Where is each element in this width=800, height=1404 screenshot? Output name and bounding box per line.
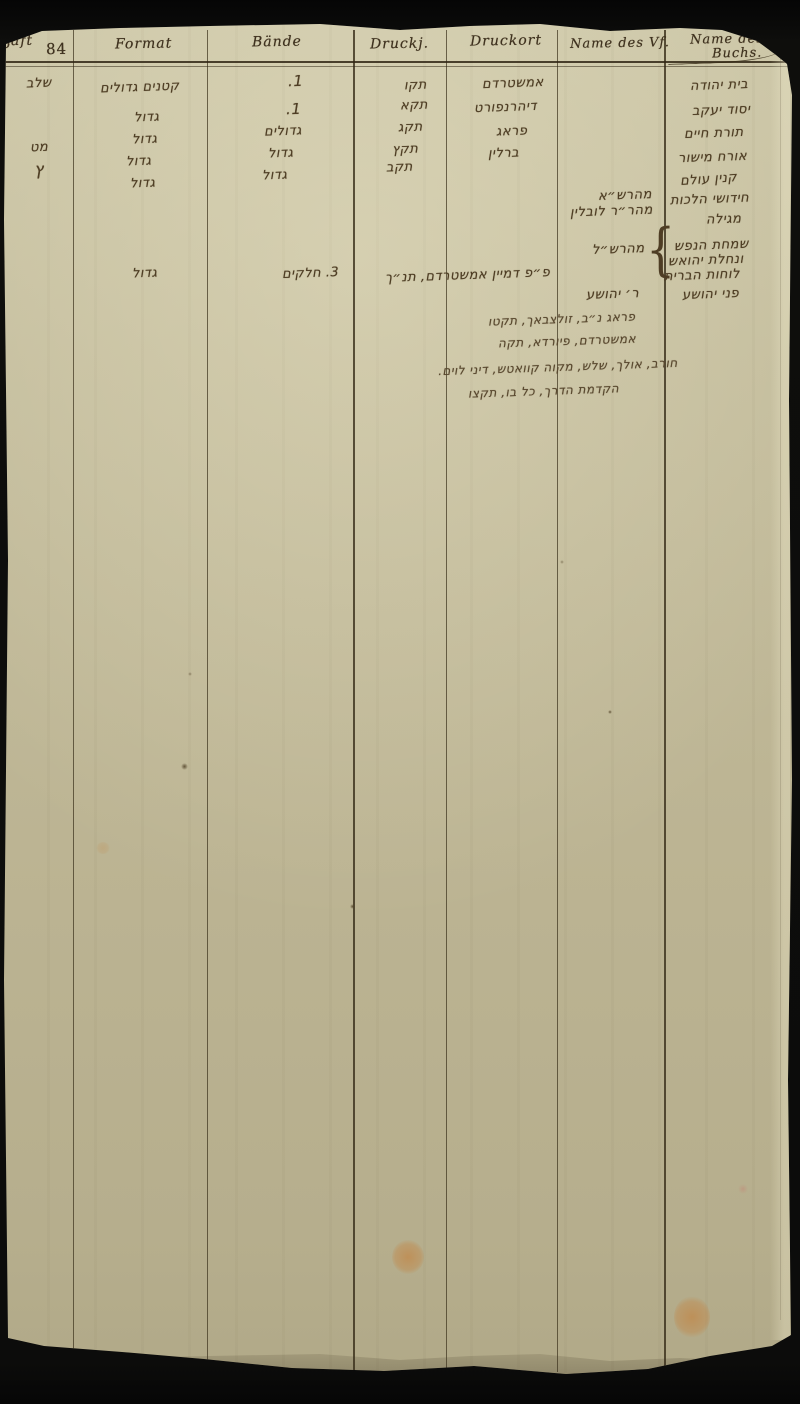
author-name: מהרש״ל [592,241,645,258]
format-entry: גדול [130,176,156,192]
print-year: תקץ [392,142,419,158]
format-entry: קטנים גדולים [100,79,180,97]
volume-count: גדולים [264,123,302,139]
volume-count: 3. חלקים [282,265,340,282]
author-name: מהר״ר לובלין [570,203,653,221]
format-entry: גדול [134,110,160,126]
author-name: ר׳ יהושע [586,286,640,303]
column-header-1: ʒaft [2,33,33,50]
book-title: חידושי הלכות [670,191,750,209]
format-entry: גדול [132,132,158,148]
note-line: פראג נ״ב, זולצבאך, תקטו [488,309,636,328]
print-place: דיהרנפורט [474,99,537,116]
book-title: בית יהודה [690,77,749,94]
book-title: מגילה [706,211,742,227]
paper-speck [181,763,188,770]
column-divider-2 [207,30,208,1372]
print-place: פראג [496,123,528,139]
header-rule-bottom [4,66,788,67]
volume-count: גדול [268,146,294,162]
book-title: פני יהושע [682,286,740,303]
paper-speck [608,710,612,714]
column-header-druckort: Druckort [470,32,542,49]
format-entry: גדול [126,154,152,170]
paper-right-edge-highlight [770,60,790,1340]
edge-mark [784,52,794,54]
note-line: הקדמת הדרך, כל בו, תקצו [468,381,620,400]
foxing-stain [392,1240,424,1274]
column-header-druckjahr: Druckj. [370,35,429,52]
paper-speck [350,904,355,909]
paper-speck [560,560,564,564]
grouping-brace: { [646,220,675,278]
column-divider-4 [446,30,447,1372]
column-header-format: Format [115,36,173,53]
scan-background: ʒaft 84 Format Bände Druckj. Druckort Na… [0,0,800,1404]
column-header-baende: Bände [252,34,302,51]
format-entry: גדול [132,266,158,282]
volume-count: גדול [262,168,288,184]
column-divider-3 [353,30,355,1372]
print-year: תקב [386,160,413,176]
foxing-stain [674,1296,710,1338]
paper-speck [188,672,192,676]
page-number: 84 [46,40,67,58]
print-year: תקג [398,120,423,136]
foxing-stain [738,1184,748,1194]
author-name: מהרש״א [598,187,652,204]
print-year: תקא [400,98,428,114]
margin-mark: מט [30,140,49,156]
volume-count: 1. [288,72,304,91]
volume-count: 1. [286,100,302,119]
column-header-verfasser: Name des Vf. [570,35,670,52]
print-place-long-line: פ״פ דמיין אמשטרדם, תנ״ך [385,265,551,286]
book-title: יסוד יעקב [692,102,751,119]
paper-bottom-shade [0,1330,800,1376]
paper-sheet: ʒaft 84 Format Bände Druckj. Druckort Na… [0,0,800,1404]
column-divider-5 [557,30,558,1372]
margin-mark: שלב [26,76,52,92]
column-divider-1 [73,30,74,1372]
margin-mark: ץ [34,160,44,180]
print-place: אמשטרדם [482,75,544,92]
note-line: אמשטרדם, פיורדא, תקה [498,332,636,351]
print-year: תקו [404,78,427,94]
book-title: קנין עולם [680,170,738,189]
edge-mark [786,56,796,58]
book-title: תורת חיים [684,125,744,142]
print-place: ברלין [488,145,520,161]
foxing-stain [96,842,110,854]
book-title: אורח מישור [678,149,748,166]
